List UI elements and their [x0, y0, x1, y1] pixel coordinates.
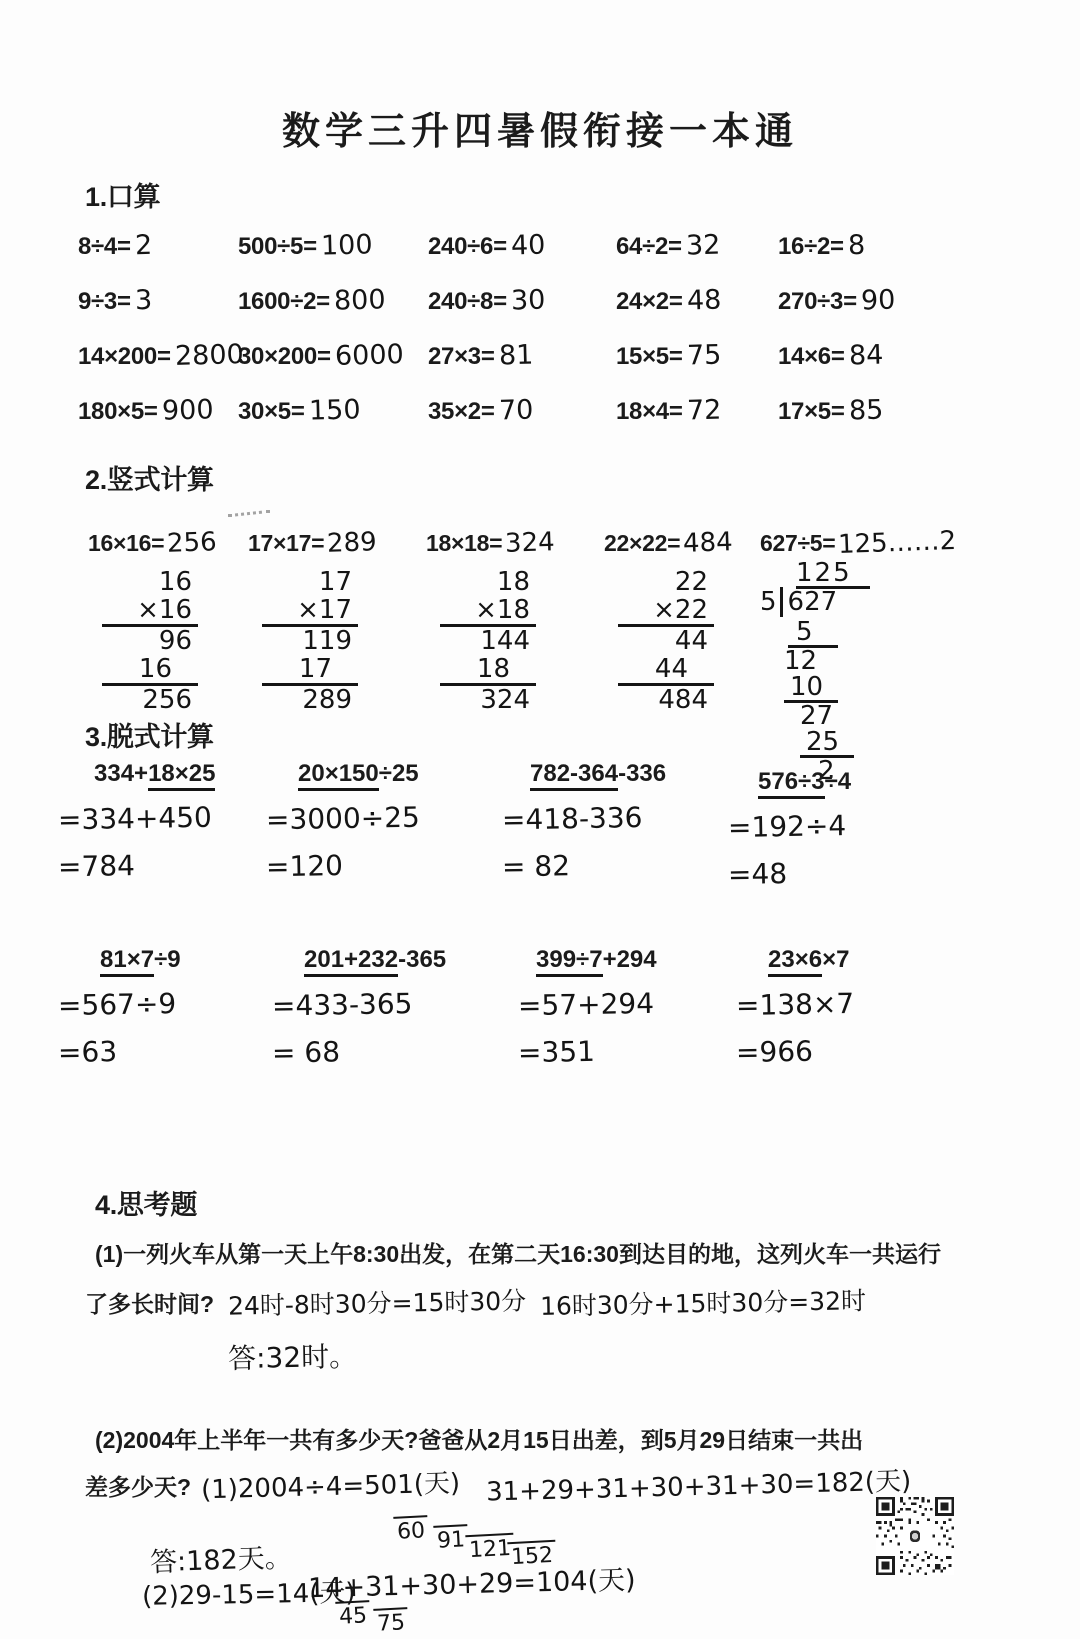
problem-underlined-part: 18×25 — [148, 760, 215, 791]
problem-text: 22×22= — [604, 530, 680, 556]
problem-text: 17×5= — [778, 398, 845, 425]
handwritten-answer: 40 — [510, 230, 545, 262]
step-calc-problem: 782-364-336 =418-336 = 82 — [502, 760, 666, 882]
handwritten-answer: 289 — [327, 527, 378, 559]
handwritten-step: =351 — [518, 1034, 657, 1069]
problem-text: 15×5= — [616, 343, 683, 370]
work-line: 17 — [262, 568, 358, 596]
oral-item: 18×4=72 — [616, 395, 778, 450]
problem-text: 782-364-336 — [530, 760, 666, 788]
running-sum: 75 — [373, 1607, 408, 1637]
problem-text: 627÷5= — [760, 530, 835, 556]
handwritten-answer: 6000 — [334, 339, 404, 372]
problem-text: 180×5= — [78, 398, 158, 425]
handwritten-work: (1)2004÷4=501(天) — [201, 1463, 461, 1507]
problem-text: 81×7÷9 — [100, 946, 181, 974]
work-line: 18 — [440, 655, 536, 686]
problem-text: 240÷8= — [428, 288, 507, 315]
oral-item: 17×5=85 — [778, 395, 928, 450]
problem-text: 17×17= — [248, 530, 324, 556]
division-step: 25 — [800, 729, 854, 758]
problem-part: ÷4 — [825, 768, 852, 795]
work-line: 256 — [102, 686, 198, 714]
oral-item: 240÷6=40 — [428, 230, 616, 285]
problem-text: 23×6×7 — [768, 946, 854, 974]
division-step: 10 — [784, 674, 838, 703]
work-line: ×22 — [618, 596, 714, 627]
division-divisor: 5 — [760, 587, 777, 617]
problem-line: 22×22=484 — [604, 528, 733, 558]
handwritten-answer: 800 — [333, 284, 385, 316]
handwritten-answer: 90 — [860, 285, 895, 317]
problem-part: 334+ — [94, 760, 148, 787]
work-line: 18 — [440, 568, 536, 596]
oral-item: 24×2=48 — [616, 285, 778, 340]
problem-text: 16×16= — [88, 530, 164, 556]
handwritten-step: =334+450 — [58, 801, 216, 837]
handwritten-step: =48 — [728, 856, 852, 891]
work-line: 119 — [262, 627, 358, 655]
problem-part: ÷9 — [154, 946, 181, 973]
vertical-work: 17 ×17 119 17 289 — [262, 568, 358, 714]
vertical-work: 18 ×18 144 18 324 — [440, 568, 536, 714]
division-quotient: 125 — [796, 560, 870, 589]
question-1-answer: 答:32时。 — [228, 1335, 358, 1377]
problem-text: 18×4= — [616, 398, 683, 425]
handwritten-answer: 2800 — [174, 339, 244, 372]
handwritten-answer: 324 — [505, 527, 556, 559]
work-line: 324 — [440, 686, 536, 714]
handwritten-answer: 2 — [134, 230, 152, 261]
oral-item: 30×5=150 — [238, 395, 428, 450]
division-dividend: 627 — [780, 587, 838, 617]
problem-text: 9÷3= — [78, 288, 131, 315]
vertical-calc-problem: 18×18=324 18 ×18 144 18 324 — [426, 528, 555, 714]
question-1-line-1: (1)一列火车从第一天上午8:30出发，在第二天16:30到达目的地，这列火车一… — [95, 1236, 941, 1269]
work-line: 144 — [440, 627, 536, 655]
problem-text: 576÷3÷4 — [758, 768, 851, 796]
problem-underlined-part: 576÷3 — [758, 768, 825, 799]
handwritten-answer: 72 — [686, 395, 721, 427]
problem-text: 24×2= — [616, 288, 683, 315]
problem-text: 8÷4= — [78, 233, 131, 260]
oral-item: 500÷5=100 — [238, 230, 428, 285]
step-calc-problem: 23×6×7 =138×7 =966 — [736, 946, 854, 1068]
division-step: 5 — [788, 619, 838, 648]
handwritten-step: =567÷9 — [58, 987, 181, 1022]
division-step: 27 — [800, 703, 957, 729]
work-line: 484 — [618, 686, 714, 714]
oral-item: 35×2=70 — [428, 395, 616, 450]
handwritten-step: = 68 — [272, 1033, 447, 1069]
problem-part: -365 — [398, 946, 446, 973]
problem-text: 18×18= — [426, 530, 502, 556]
problem-part: -336 — [618, 760, 666, 787]
running-sum: 60 — [393, 1515, 428, 1545]
step-calc-problem: 201+232-365 =433-365 = 68 — [272, 946, 446, 1068]
problem-text: 30×200= — [238, 343, 331, 370]
problem-text: 14×200= — [78, 343, 171, 370]
problem-underlined-part: 20×150 — [298, 760, 379, 791]
problem-text: 201+232-365 — [304, 946, 446, 974]
page-title: 数学三升四暑假衔接一本通 — [0, 100, 1080, 155]
work-line: ×17 — [262, 596, 358, 627]
handwritten-answer: 32 — [685, 230, 720, 262]
section-1-heading: 1.口算 — [85, 175, 160, 214]
problem-underlined-part: 782-364 — [530, 760, 618, 791]
vertical-calc-problem: 22×22=484 22 ×22 44 44 484 — [604, 528, 733, 714]
handwritten-answer: 84 — [848, 340, 883, 372]
handwritten-answer: 256 — [167, 527, 218, 559]
step-calc-problem: 334+18×25 =334+450 =784 — [58, 760, 215, 882]
oral-item: 16÷2=8 — [778, 230, 928, 285]
problem-text: 64÷2= — [616, 233, 682, 260]
work-line: 44 — [618, 627, 714, 655]
problem-underlined-part: 201+232 — [304, 946, 398, 977]
division-step: 12 — [784, 648, 957, 674]
vertical-work: 22 ×22 44 44 484 — [618, 568, 714, 714]
question-2-text: 差多少天? — [85, 1469, 191, 1502]
handwritten-step: =433-365 — [272, 986, 447, 1022]
handwritten-step: =138×7 — [736, 987, 855, 1022]
running-sum: 45 — [335, 1600, 370, 1630]
handwritten-answer: 100 — [320, 229, 372, 261]
handwritten-answer: 48 — [686, 285, 721, 317]
work-line: ×18 — [440, 596, 536, 627]
problem-text: 270÷3= — [778, 288, 857, 315]
oral-item: 8÷4=2 — [78, 230, 238, 285]
question-2-line-2: 差多少天? (1)2004÷4=501(天) 31+29+31+30+31+30… — [85, 1466, 911, 1503]
handwritten-step: =63 — [58, 1034, 181, 1069]
vertical-calc-problem: 627÷5=125……2 125 5627 5 12 10 27 25 2 — [760, 528, 957, 784]
problem-part: +294 — [603, 946, 657, 973]
handwritten-step: =192÷4 — [728, 809, 852, 844]
oral-item: 9÷3=3 — [78, 285, 238, 340]
oral-item: 30×200=6000 — [238, 340, 428, 395]
handwritten-answer: 70 — [498, 395, 533, 427]
handwritten-work: 24时-8时30分=15时30分 — [228, 1281, 527, 1322]
problem-text: 30×5= — [238, 398, 305, 425]
running-sum: 91 — [433, 1524, 468, 1554]
question-2-line-1: (2)2004年上半年一共有多少天?爸爸从2月15日出差，到5月29日结束一共出 — [95, 1422, 863, 1455]
handwritten-step: =3000÷25 — [266, 801, 420, 837]
qr-code — [876, 1496, 954, 1576]
section-3-heading: 3.脱式计算 — [85, 715, 214, 754]
handwritten-answer: 150 — [308, 394, 360, 426]
vertical-calc-problem: 16×16=256 16 ×16 96 16 256 — [88, 528, 217, 714]
problem-text: 399÷7+294 — [536, 946, 657, 974]
work-line: 22 — [618, 568, 714, 596]
handwritten-step: = 82 — [502, 848, 667, 884]
oral-item: 15×5=75 — [616, 340, 778, 395]
problem-text: 500÷5= — [238, 233, 317, 260]
problem-text: 14×6= — [778, 343, 845, 370]
problem-line: 627÷5=125……2 — [760, 528, 957, 558]
work-line: 289 — [262, 686, 358, 714]
oral-item: 64÷2=32 — [616, 230, 778, 285]
handwritten-answer: 81 — [498, 340, 533, 372]
problem-text: 1600÷2= — [238, 288, 330, 315]
problem-line: 17×17=289 — [248, 528, 377, 558]
work-line: ×16 — [102, 596, 198, 627]
question-1-line-2: 了多长时间? 24时-8时30分=15时30分 16时30分+15时30分=32… — [85, 1284, 866, 1320]
step-calc-problem: 399÷7+294 =57+294 =351 — [518, 946, 657, 1068]
long-division-work: 125 5627 5 12 10 27 25 2 — [760, 560, 957, 784]
section-2-heading: 2.竖式计算 — [85, 458, 214, 497]
scan-smudge — [228, 510, 270, 517]
handwritten-answer: 484 — [683, 527, 734, 559]
question-1-text: 了多长时间? — [85, 1286, 214, 1319]
vertical-calc-problem: 17×17=289 17 ×17 119 17 289 — [248, 528, 377, 714]
problem-part: ×7 — [822, 946, 849, 973]
oral-item: 1600÷2=800 — [238, 285, 428, 340]
problem-underlined-part: 399÷7 — [536, 946, 603, 977]
handwritten-step: =57+294 — [518, 987, 657, 1022]
problem-text: 27×3= — [428, 343, 495, 370]
step-calc-problem: 20×150÷25 =3000÷25 =120 — [266, 760, 420, 882]
problem-text: 16÷2= — [778, 233, 844, 260]
worksheet-page: 数学三升四暑假衔接一本通 1.口算 8÷4=2 500÷5=100 240÷6=… — [0, 0, 1080, 1639]
problem-text: 35×2= — [428, 398, 495, 425]
handwritten-step: =966 — [736, 1034, 855, 1069]
problem-text: 20×150÷25 — [298, 760, 420, 788]
problem-line: 18×18=324 — [426, 528, 555, 558]
oral-item: 27×3=81 — [428, 340, 616, 395]
problem-text: 240÷6= — [428, 233, 507, 260]
oral-item: 14×6=84 — [778, 340, 928, 395]
handwritten-answer: 85 — [848, 395, 883, 427]
oral-calc-grid: 8÷4=2 500÷5=100 240÷6=40 64÷2=32 16÷2=8 … — [78, 230, 928, 450]
handwritten-answer: 8 — [847, 230, 865, 261]
work-line: 16 — [102, 655, 198, 686]
handwritten-answer: 75 — [686, 340, 721, 372]
vertical-work: 16 ×16 96 16 256 — [102, 568, 198, 714]
handwritten-answer: 30 — [510, 285, 545, 317]
step-calc-problem: 81×7÷9 =567÷9 =63 — [58, 946, 181, 1068]
problem-underlined-part: 23×6 — [768, 946, 822, 977]
problem-part: ÷25 — [379, 760, 419, 787]
handwritten-work: 16时30分+15时30分=32时 — [540, 1281, 867, 1323]
work-line: 96 — [102, 627, 198, 655]
oral-item: 270÷3=90 — [778, 285, 928, 340]
work-line: 17 — [262, 655, 358, 686]
oral-item: 180×5=900 — [78, 395, 238, 450]
oral-item: 14×200=2800 — [78, 340, 238, 395]
step-calc-problem: 576÷3÷4 =192÷4 =48 — [728, 768, 851, 890]
handwritten-step: =120 — [266, 848, 420, 884]
handwritten-work: 14+31+30+29=104(天) — [308, 1558, 636, 1606]
handwritten-step: =418-336 — [502, 801, 667, 837]
problem-text: 334+18×25 — [94, 760, 215, 788]
handwritten-answer: 125……2 — [838, 526, 957, 560]
work-line: 44 — [618, 655, 714, 686]
oral-item: 240÷8=30 — [428, 285, 616, 340]
handwritten-answer: 3 — [134, 285, 152, 316]
work-line: 16 — [102, 568, 198, 596]
handwritten-work: 31+29+31+30+31+30=182(天) — [486, 1460, 912, 1508]
problem-underlined-part: 81×7 — [100, 946, 154, 977]
problem-line: 16×16=256 — [88, 528, 217, 558]
handwritten-step: =784 — [58, 848, 216, 884]
section-4-heading: 4.思考题 — [95, 1183, 197, 1222]
division-bracket-row: 5627 — [760, 589, 957, 619]
handwritten-answer: 900 — [161, 394, 213, 426]
